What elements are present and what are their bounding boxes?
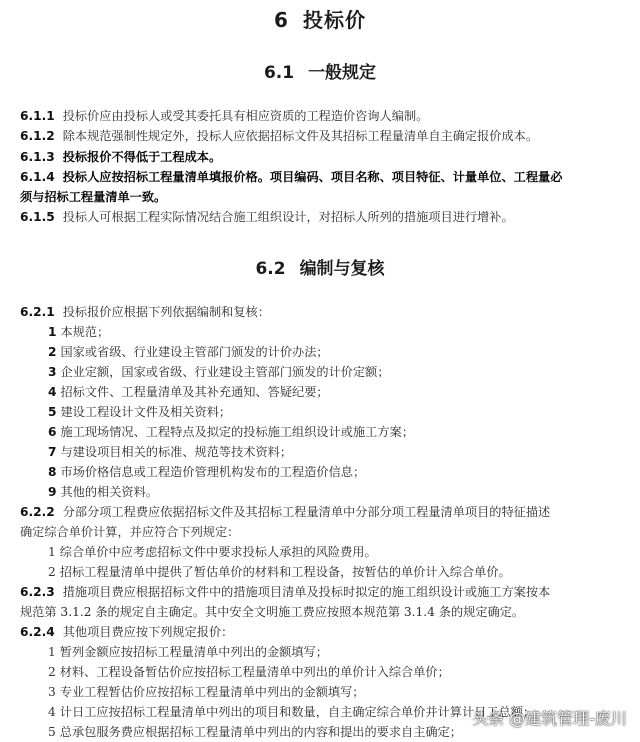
list-item: 3企业定额，国家或省级、行业建设主管部门颁发的计价定额； bbox=[48, 364, 630, 380]
list-item: 2材料、工程设备暂估价应按招标工程量清单中列出的单价计入综合单价； bbox=[48, 664, 630, 680]
list-item: 2招标工程量清单中提供了暂估单价的材料和工程设备，按暂估的单价计入综合单价。 bbox=[48, 564, 630, 580]
clause-6-2-3-cont: 规范第 3.1.2 条的规定自主确定。其中安全文明施工费应按照本规范第 3.1.… bbox=[20, 604, 630, 620]
clause-6-1-3: 6.1.3投标报价不得低于工程成本。 bbox=[20, 149, 630, 165]
list-item: 8市场价格信息或工程造价管理机构发布的工程造价信息； bbox=[48, 464, 630, 480]
clause-6-2-2: 6.2.2分部分项工程费应依据招标文件及其招标工程量清单中分部分项工程量清单项目… bbox=[20, 504, 630, 520]
clause-6-2-2-cont: 确定综合单价计算，并应符合下列规定： bbox=[20, 524, 630, 540]
list-item: 3专业工程暂估价应按招标工程量清单中列出的金额填写； bbox=[48, 684, 630, 700]
list-item: 1暂列金额应按招标工程量清单中列出的金额填写； bbox=[48, 644, 630, 660]
chapter-heading: 6投标价 bbox=[0, 4, 640, 33]
clause-6-2-3: 6.2.3措施项目费应根据招标文件中的措施项目清单及投标时拟定的施工组织设计或施… bbox=[20, 584, 630, 600]
clause-6-1-1: 6.1.1投标价应由投标人或受其委托具有相应资质的工程造价咨询人编制。 bbox=[20, 108, 630, 124]
watermark: 头条 @建筑管理-废川 bbox=[472, 706, 627, 729]
list-item: 4招标文件、工程量清单及其补充通知、答疑纪要； bbox=[48, 384, 630, 400]
clause-6-2-4: 6.2.4其他项目费应按下列规定报价： bbox=[20, 624, 630, 640]
clause-6-1-4: 6.1.4投标人应按招标工程量清单填报价格。项目编码、项目名称、项目特征、计量单… bbox=[20, 169, 630, 185]
list-item: 9其他的相关资料。 bbox=[48, 484, 630, 500]
section-heading-6-1: 6.1一般规定 bbox=[0, 58, 640, 83]
clause-6-2-1: 6.2.1投标报价应根据下列依据编制和复核： bbox=[20, 304, 630, 320]
list-item: 5建设工程设计文件及相关资料； bbox=[48, 404, 630, 420]
list-item: 6施工现场情况、工程特点及拟定的投标施工组织设计或施工方案； bbox=[48, 424, 630, 440]
clause-6-1-2: 6.1.2除本规范强制性规定外，投标人应依据招标文件及其招标工程量清单自主确定报… bbox=[20, 128, 630, 144]
list-item: 7与建设项目相关的标准、规范等技术资料； bbox=[48, 444, 630, 460]
clause-6-1-4-cont: 须与招标工程量清单一致。 bbox=[20, 189, 630, 205]
section-heading-6-2: 6.2编制与复核 bbox=[0, 254, 640, 279]
list-item: 1本规范； bbox=[48, 324, 630, 340]
list-item: 2国家或省级、行业建设主管部门颁发的计价办法； bbox=[48, 344, 630, 360]
clause-6-1-5: 6.1.5投标人可根据工程实际情况结合施工组织设计，对招标人所列的措施项目进行增… bbox=[20, 209, 630, 225]
list-item: 1综合单价中应考虑招标文件中要求投标人承担的风险费用。 bbox=[48, 544, 630, 560]
